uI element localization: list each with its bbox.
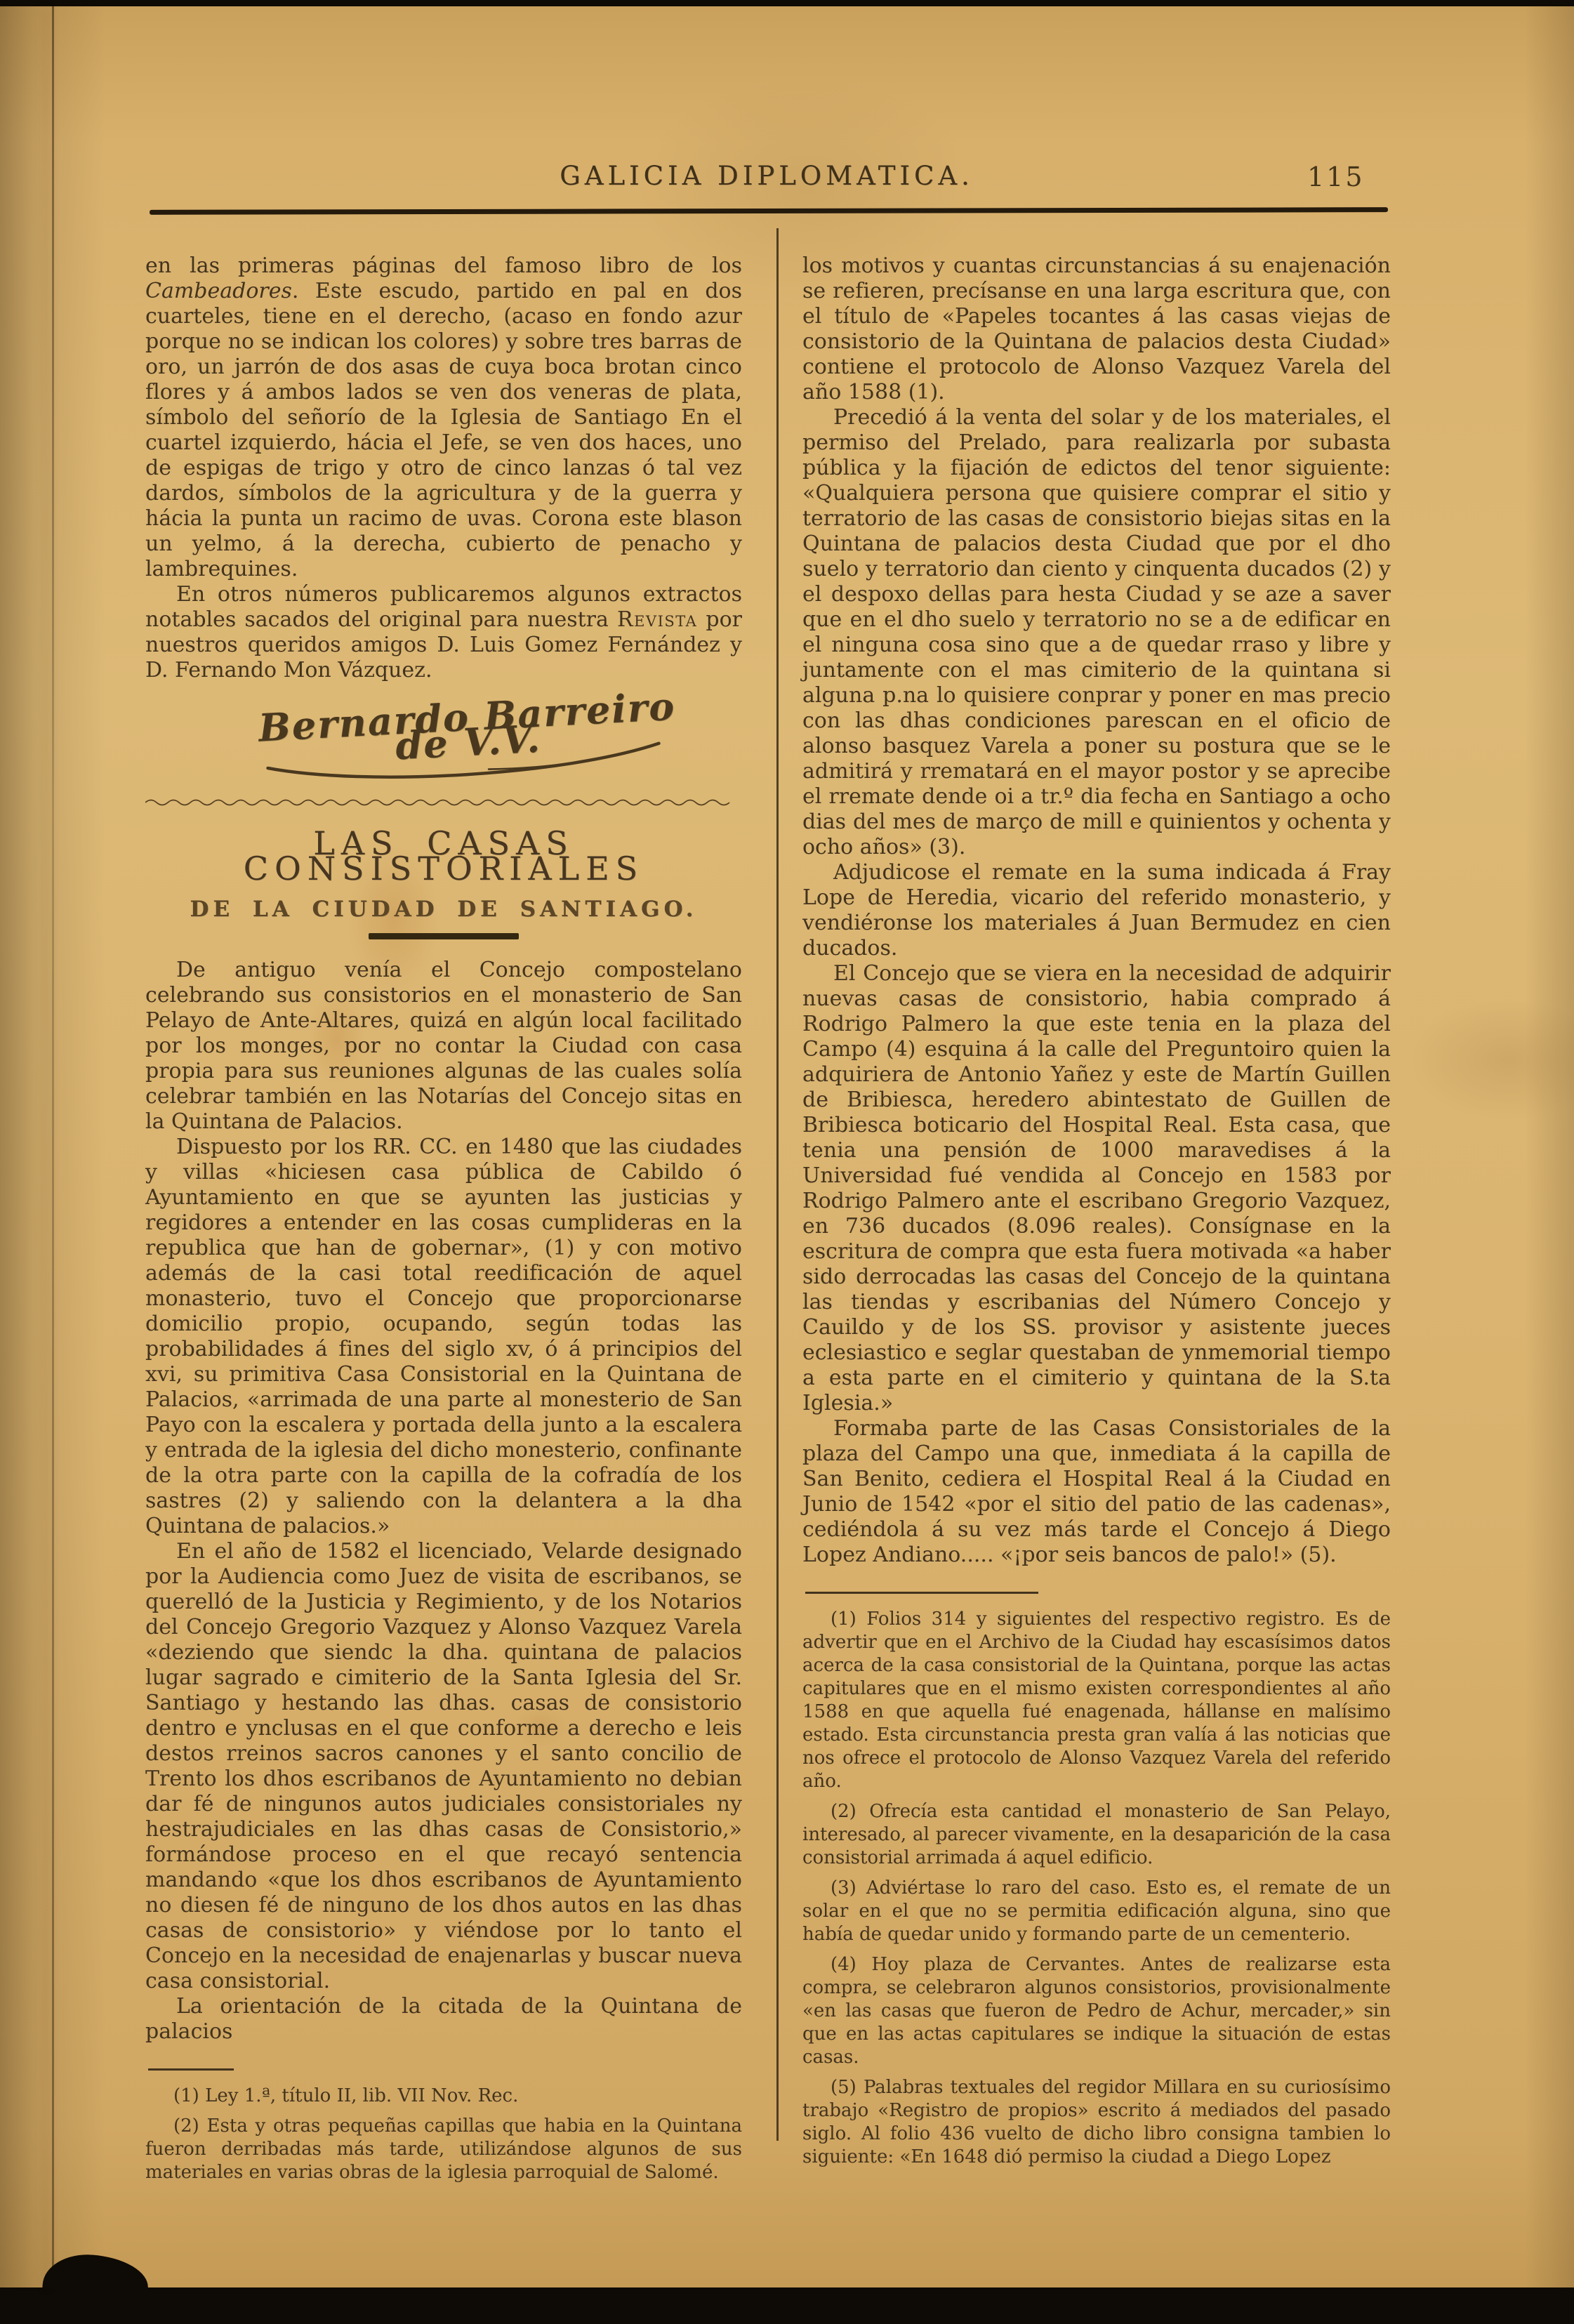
handwritten-signature: Bernardo Barreiro de V.V. — [249, 693, 688, 791]
footnote: (4) Hoy plaza de Cervantes. Antes de rea… — [802, 1953, 1391, 2069]
paragraph: en las primeras páginas del famoso libro… — [145, 253, 742, 582]
paragraph: En otros números publicaremos algunos ex… — [145, 582, 742, 683]
paragraph: De antiguo venía el Concejo compostelano… — [145, 958, 742, 1135]
footnote-separator — [805, 1592, 1038, 1594]
title-rule — [369, 933, 519, 939]
footnote: (2) Esta y otras pequeñas capillas que h… — [145, 2115, 742, 2184]
footnote-separator — [148, 2068, 234, 2071]
article-title: LAS CASAS CONSISTORIALES — [145, 831, 742, 881]
smallcaps-word: Revista — [617, 607, 697, 632]
footnote: (1) Folios 314 y siguientes del respecti… — [802, 1608, 1391, 1793]
page-edge-shadow — [42, 2252, 150, 2295]
paragraph-text: en las primeras páginas del famoso libro… — [145, 253, 742, 278]
wavy-section-divider — [145, 798, 742, 807]
left-column: en las primeras páginas del famoso libro… — [145, 253, 742, 2184]
italic-word: Cambeadores — [145, 279, 292, 303]
paragraph: La orientación de la citada de la Quinta… — [145, 1994, 742, 2045]
paragraph: Adjudicose el remate en la suma indicada… — [802, 860, 1391, 961]
column-divider-rule — [776, 228, 779, 2141]
paragraph-text: . Este escudo, partido en pal en dos cua… — [145, 279, 742, 581]
header-rule — [150, 207, 1388, 215]
paragraph: Dispuesto por los RR. CC. en 1480 que la… — [145, 1135, 742, 1539]
footnote: (1) Ley 1.ª, título II, lib. VII Nov. Re… — [145, 2085, 742, 2108]
paragraph: Formaba parte de las Casas Consistoriale… — [802, 1416, 1391, 1568]
footnote: (2) Ofrecía esta cantidad el monasterio … — [802, 1800, 1391, 1870]
scanned-page: GALICIA DIPLOMATICA. 115 en las primeras… — [0, 6, 1574, 2287]
journal-title: GALICIA DIPLOMATICA. — [145, 161, 1388, 191]
footnote: (3) Adviértase lo raro del caso. Esto es… — [802, 1877, 1391, 1946]
page-number: 115 — [1307, 161, 1370, 192]
paragraph: El Concejo que se viera en la necesidad … — [802, 961, 1391, 1416]
paragraph: Precedió á la venta del solar y de los m… — [802, 405, 1391, 860]
footnote: (5) Palabras textuales del regidor Milla… — [802, 2076, 1391, 2169]
article-subtitle: DE LA CIUDAD DE SANTIAGO. — [145, 897, 742, 922]
paragraph: En el año de 1582 el licenciado, Velarde… — [145, 1539, 742, 1994]
paragraph: los motivos y cuantas circunstancias á s… — [802, 253, 1391, 405]
book-gutter-crease — [52, 6, 54, 2287]
right-column: los motivos y cuantas circunstancias á s… — [802, 253, 1391, 2169]
